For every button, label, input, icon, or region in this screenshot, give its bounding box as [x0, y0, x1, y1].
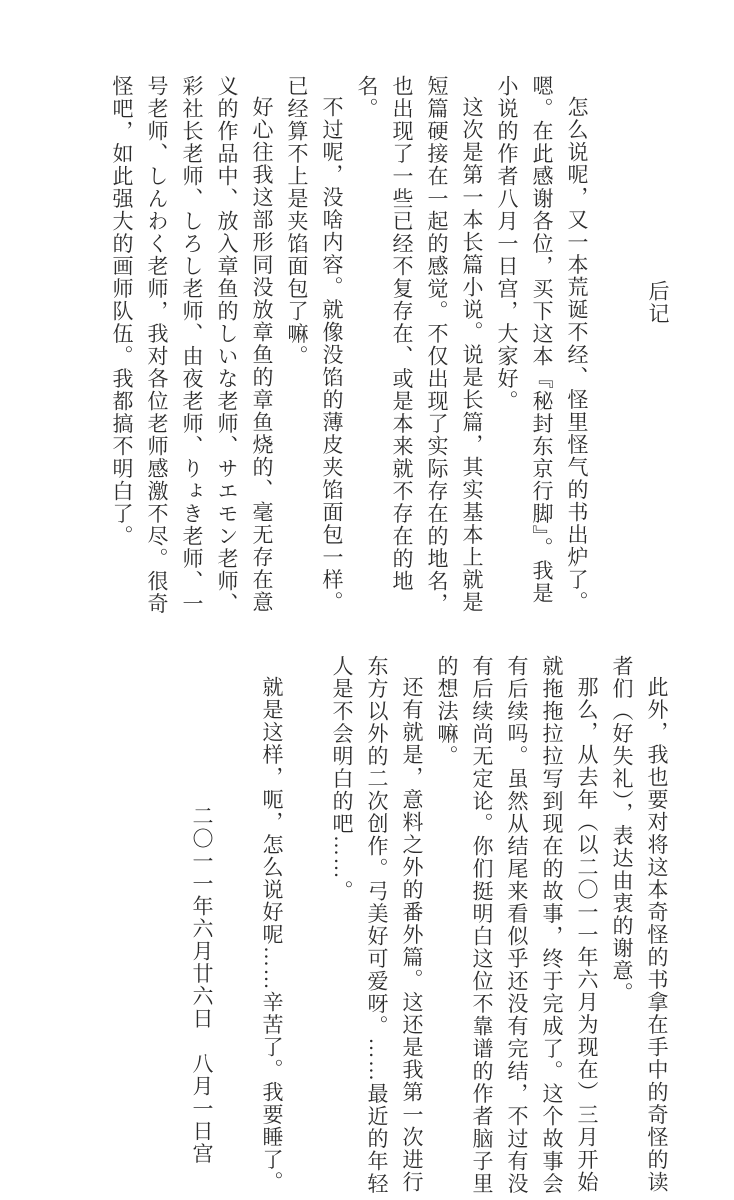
paragraph-8: 就是这样，呃，怎么说好呢……辛苦了。我要睡了。: [254, 655, 289, 1200]
afterword-title: 后记: [640, 75, 675, 623]
paragraph-6: 那么，从去年（以二〇一一年六月为现在）三月开始就拖拖拉拉写到现在的故事，终于完成…: [429, 655, 604, 1200]
paragraph-3: 不过呢，没啥内容。就像没馅的薄皮夹馅面包一样。已经算不上是夹馅面包了嘛。: [279, 75, 349, 623]
paragraph-1: 怎么说呢，又一本荒诞不经、怪里怪气的书出炉了。嗯。在此感谢各位，买下这本『秘封东…: [489, 75, 594, 623]
signature-date: 二〇一一年六月廿六日 八月一日宫: [184, 655, 219, 1200]
book-page-spread: { "colors": { "background": "#ffffff", "…: [0, 0, 734, 1200]
afterword-page-2: 此外，我也要对将这本奇怪的书拿在手中的奇怪的读者们（好失礼），表达由衷的谢意。 …: [34, 655, 674, 1200]
paragraph-2: 这次是第一本长篇小说。说是长篇，其实基本上就是短篇硬接在一起的感觉。不仅出现了实…: [349, 75, 489, 623]
paragraph-4: 好心往我这部形同没放章鱼的章鱼烧的、毫无存在意义的作品中、放入章鱼的しいな老师、…: [104, 75, 279, 623]
paragraph-5: 此外，我也要对将这本奇怪的书拿在手中的奇怪的读者们（好失礼），表达由衷的谢意。: [604, 655, 674, 1200]
paragraph-7: 还有就是，意料之外的番外篇。这还是我第一次进行东方以外的二次创作。弓美好可爱呀。…: [324, 655, 429, 1200]
afterword-page-1: 后记 怎么说呢，又一本荒诞不经、怪里怪气的书出炉了。嗯。在此感谢各位，买下这本『…: [35, 75, 675, 623]
